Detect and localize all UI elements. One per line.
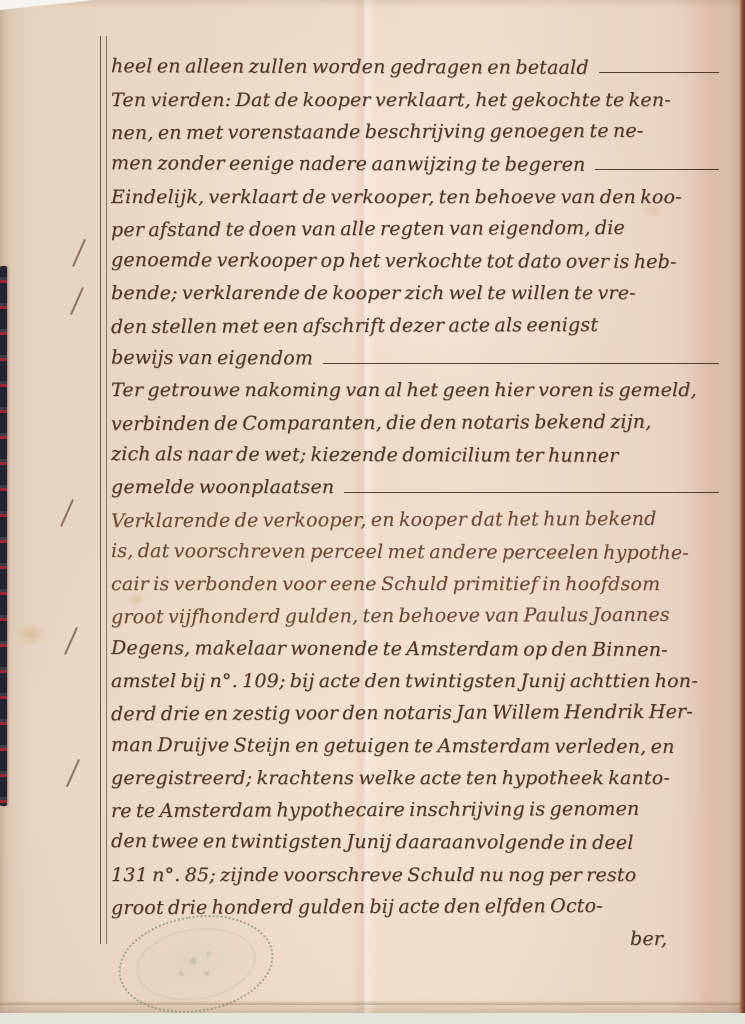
margin-ruled-line [100, 36, 107, 944]
handwritten-text: is, dat voorschreven perceel met andere … [111, 542, 689, 564]
handwritten-text: nen, en met vorenstaande beschrijving ge… [111, 122, 644, 144]
scan-corner-sliver [0, 0, 95, 10]
handwritten-line: verbinden de Comparanten, die den notari… [111, 401, 725, 433]
margin-paraph-mark [66, 759, 80, 787]
margin-paraph-mark [64, 627, 78, 655]
handwritten-line: zich als naar de wet; kiezende domiciliu… [111, 434, 725, 466]
handwritten-line: Eindelijk, verklaart de verkooper, ten b… [111, 175, 725, 207]
handwritten-line: geregistreerd; krachtens welke acte ten … [111, 757, 725, 789]
handwritten-text-block: heel en alleen zullen worden gedragen en… [111, 46, 725, 950]
handwritten-line: heel en alleen zullen worden gedragen en… [111, 46, 725, 78]
binding-stitch-strip [0, 266, 7, 806]
handwritten-text: men zonder eenige nadere aanwijzing te b… [111, 154, 586, 176]
margin-paraph-mark [70, 287, 84, 315]
handwritten-text: amstel bij n°. 109; bij acte den twintig… [111, 672, 698, 692]
handwritten-text: Verklarende de verkooper, en kooper dat … [111, 509, 657, 531]
handwritten-line: genoemde verkooper op het verkochte tot … [111, 240, 725, 272]
catchword: ber, [630, 930, 667, 950]
handwritten-text: cair is verbonden voor eene Schuld primi… [111, 575, 660, 595]
handwritten-text: zich als naar de wet; kiezende domiciliu… [111, 445, 619, 467]
handwritten-text: verbinden de Comparanten, die den notari… [111, 412, 652, 434]
handwritten-text: genoemde verkooper op het verkochte tot … [111, 251, 677, 273]
embossed-seal-inner [131, 920, 260, 1008]
handwritten-text: per afstand te doen van alle regten van … [111, 219, 625, 241]
handwritten-text: man Druijve Steijn en getuigen te Amster… [111, 736, 675, 758]
paper-sheet: heel en alleen zullen worden gedragen en… [0, 0, 745, 1013]
handwritten-line: groot drie honderd gulden bij acte den e… [111, 886, 725, 918]
handwritten-line: bende; verklarende de kooper zich wel te… [111, 272, 725, 304]
page-bottom-edge-shadow [0, 1001, 745, 1005]
handwritten-text: groot drie honderd gulden bij acte den e… [111, 897, 603, 919]
handwritten-line: per afstand te doen van alle regten van … [111, 207, 725, 239]
handwritten-text: groot vijfhonderd gulden, ten behoeve va… [111, 606, 670, 628]
handwritten-text: heel en alleen zullen worden gedragen en… [111, 58, 589, 80]
handwritten-line: bewijs van eigendom [111, 337, 725, 369]
handwritten-line: cair is verbonden voor eene Schuld primi… [111, 563, 725, 595]
margin-paraph-mark [72, 239, 86, 267]
handwritten-text: bewijs van eigendom [111, 349, 313, 370]
filler-rule-line [599, 72, 719, 73]
foxing-stain [16, 622, 46, 646]
filler-rule-line [323, 363, 719, 364]
handwritten-line: is, dat voorschreven perceel met andere … [111, 530, 725, 562]
handwritten-text: gemelde woonplaatsen [111, 478, 334, 498]
handwritten-text: Eindelijk, verklaart de verkooper, ten b… [111, 188, 682, 208]
scanned-document-page: heel en alleen zullen worden gedragen en… [0, 0, 745, 1024]
handwritten-text: Ter getrouwe nakoming van al het geen hi… [111, 381, 697, 401]
handwritten-text: den stellen met een afschrift dezer acte… [111, 316, 598, 338]
handwritten-line: den stellen met een afschrift dezer acte… [111, 304, 725, 336]
margin-paraph-mark [60, 499, 74, 527]
handwritten-line: men zonder eenige nadere aanwijzing te b… [111, 143, 725, 175]
handwritten-line: man Druijve Steijn en getuigen te Amster… [111, 724, 725, 756]
handwritten-text: geregistreerd; krachtens welke acte ten … [111, 769, 670, 789]
handwritten-text: Degens, makelaar wonende te Amsterdam op… [111, 639, 668, 661]
handwritten-line: Degens, makelaar wonende te Amsterdam op… [111, 627, 725, 659]
handwritten-text: den twee en twintigsten Junij daaraanvol… [111, 833, 634, 855]
handwritten-line: Verklarende de verkooper, en kooper dat … [111, 498, 725, 530]
handwritten-line: re te Amsterdam hypothecaire inschrijvin… [111, 789, 725, 821]
handwritten-line: Ten vierden: Dat de kooper verklaart, he… [111, 78, 725, 110]
handwritten-text: re te Amsterdam hypothecaire inschrijvin… [111, 800, 640, 822]
handwritten-line: Ter getrouwe nakoming van al het geen hi… [111, 369, 725, 401]
handwritten-text: 131 n°. 85; zijnde voorschreve Schuld nu… [111, 866, 636, 886]
handwritten-text: bende; verklarende de kooper zich wel te… [111, 284, 636, 304]
filler-rule-line [595, 169, 719, 170]
handwritten-line: derd drie en zestig voor den notaris Jan… [111, 692, 725, 724]
handwritten-line: nen, en met vorenstaande beschrijving ge… [111, 111, 725, 143]
handwritten-line: amstel bij n°. 109; bij acte den twintig… [111, 660, 725, 692]
page-right-edge [739, 0, 745, 1013]
scanner-background-strip [0, 1013, 745, 1024]
handwritten-line: groot vijfhonderd gulden, ten behoeve va… [111, 595, 725, 627]
handwritten-text: derd drie en zestig voor den notaris Jan… [111, 703, 693, 725]
handwritten-line: den twee en twintigsten Junij daaraanvol… [111, 821, 725, 853]
filler-rule-line [344, 492, 719, 493]
handwritten-line: 131 n°. 85; zijnde voorschreve Schuld nu… [111, 853, 725, 885]
handwritten-text: Ten vierden: Dat de kooper verklaart, he… [111, 91, 671, 111]
handwritten-line: gemelde woonplaatsen [111, 466, 725, 498]
